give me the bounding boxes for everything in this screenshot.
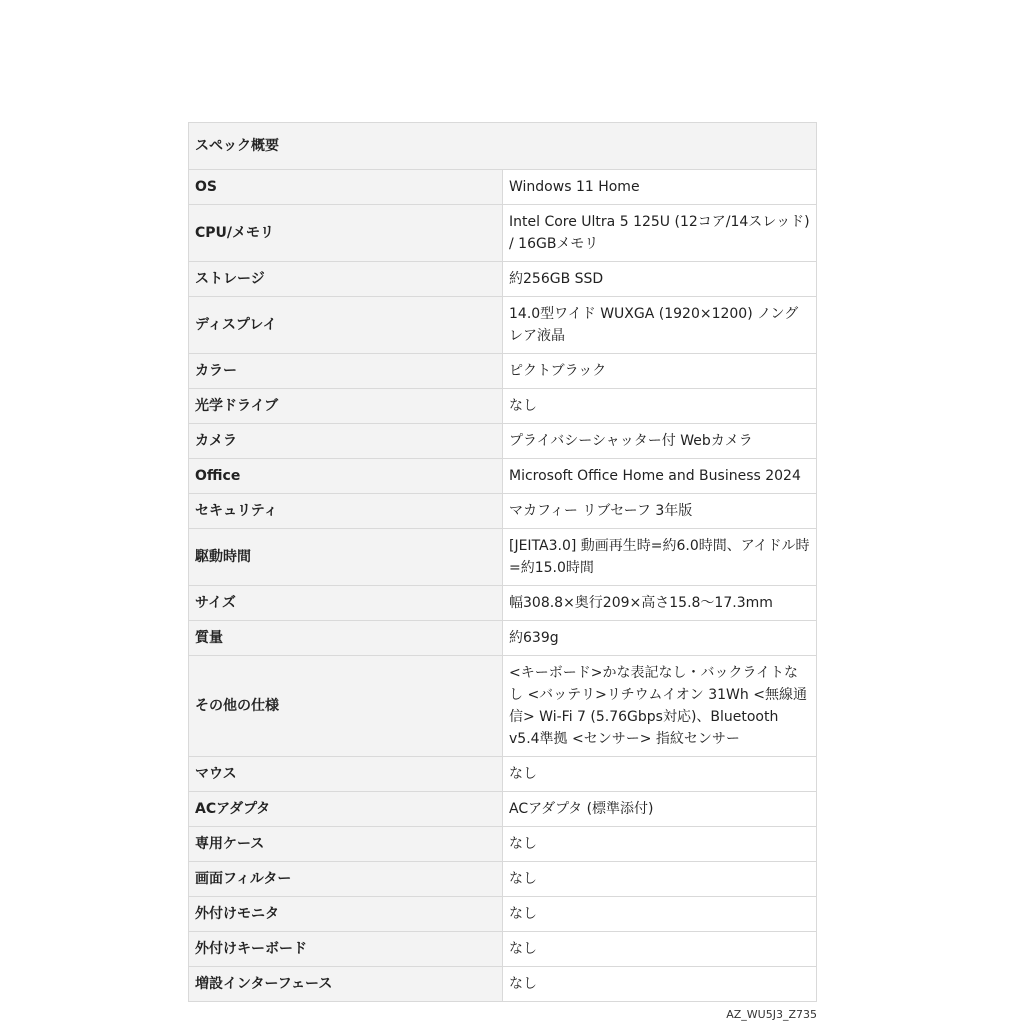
spec-value: なし: [503, 967, 817, 1002]
spec-label: 外付けキーボード: [189, 932, 503, 967]
spec-label: OS: [189, 170, 503, 205]
spec-value: プライバシーシャッター付 Webカメラ: [503, 424, 817, 459]
spec-table-body: OSWindows 11 HomeCPU/メモリIntel Core Ultra…: [189, 170, 817, 1002]
spec-row: サイズ幅308.8×奥行209×高さ15.8〜17.3mm: [189, 586, 817, 621]
spec-label: サイズ: [189, 586, 503, 621]
spec-label: その他の仕様: [189, 656, 503, 757]
spec-table-title: スペック概要: [189, 123, 817, 170]
spec-label: 質量: [189, 621, 503, 656]
spec-value: なし: [503, 897, 817, 932]
spec-row: カラーピクトブラック: [189, 354, 817, 389]
spec-value: <キーボード>かな表記なし・バックライトなし <バッテリ>リチウムイオン 31W…: [503, 656, 817, 757]
spec-table: スペック概要 OSWindows 11 HomeCPU/メモリIntel Cor…: [188, 122, 817, 1002]
spec-row: 画面フィルターなし: [189, 862, 817, 897]
spec-row: 駆動時間[JEITA3.0] 動画再生時=約6.0時間、アイドル時=約15.0時…: [189, 529, 817, 586]
spec-value: 約256GB SSD: [503, 262, 817, 297]
spec-row: 増設インターフェースなし: [189, 967, 817, 1002]
spec-table-header-row: スペック概要: [189, 123, 817, 170]
spec-value: マカフィー リブセーフ 3年版: [503, 494, 817, 529]
spec-value: なし: [503, 757, 817, 792]
spec-label: カラー: [189, 354, 503, 389]
spec-row: OfficeMicrosoft Office Home and Business…: [189, 459, 817, 494]
spec-label: 専用ケース: [189, 827, 503, 862]
spec-row: OSWindows 11 Home: [189, 170, 817, 205]
spec-label: 駆動時間: [189, 529, 503, 586]
spec-row: 光学ドライブなし: [189, 389, 817, 424]
spec-value: Intel Core Ultra 5 125U (12コア/14スレッド) / …: [503, 205, 817, 262]
spec-row: その他の仕様<キーボード>かな表記なし・バックライトなし <バッテリ>リチウムイ…: [189, 656, 817, 757]
spec-label: 画面フィルター: [189, 862, 503, 897]
spec-row: CPU/メモリIntel Core Ultra 5 125U (12コア/14ス…: [189, 205, 817, 262]
spec-label: 光学ドライブ: [189, 389, 503, 424]
spec-label: セキュリティ: [189, 494, 503, 529]
spec-value: なし: [503, 932, 817, 967]
spec-row: ACアダプタACアダプタ (標準添付): [189, 792, 817, 827]
spec-value: [JEITA3.0] 動画再生時=約6.0時間、アイドル時=約15.0時間: [503, 529, 817, 586]
model-code: AZ_WU5J3_Z735: [188, 1008, 817, 1021]
spec-value: Microsoft Office Home and Business 2024: [503, 459, 817, 494]
spec-value: なし: [503, 389, 817, 424]
spec-section: スペック概要 OSWindows 11 HomeCPU/メモリIntel Cor…: [188, 122, 817, 1021]
spec-row: ディスプレイ14.0型ワイド WUXGA (1920×1200) ノングレア液晶: [189, 297, 817, 354]
spec-row: 外付けモニタなし: [189, 897, 817, 932]
spec-label: ACアダプタ: [189, 792, 503, 827]
spec-label: Office: [189, 459, 503, 494]
spec-value: 幅308.8×奥行209×高さ15.8〜17.3mm: [503, 586, 817, 621]
spec-row: 質量約639g: [189, 621, 817, 656]
spec-row: 専用ケースなし: [189, 827, 817, 862]
spec-row: マウスなし: [189, 757, 817, 792]
spec-row: セキュリティマカフィー リブセーフ 3年版: [189, 494, 817, 529]
spec-value: ACアダプタ (標準添付): [503, 792, 817, 827]
spec-value: Windows 11 Home: [503, 170, 817, 205]
spec-row: ストレージ約256GB SSD: [189, 262, 817, 297]
spec-value: なし: [503, 862, 817, 897]
spec-label: マウス: [189, 757, 503, 792]
spec-row: 外付けキーボードなし: [189, 932, 817, 967]
spec-label: カメラ: [189, 424, 503, 459]
spec-value: なし: [503, 827, 817, 862]
spec-label: ディスプレイ: [189, 297, 503, 354]
spec-label: 増設インターフェース: [189, 967, 503, 1002]
spec-row: カメラプライバシーシャッター付 Webカメラ: [189, 424, 817, 459]
spec-label: CPU/メモリ: [189, 205, 503, 262]
spec-value: 約639g: [503, 621, 817, 656]
spec-value: 14.0型ワイド WUXGA (1920×1200) ノングレア液晶: [503, 297, 817, 354]
spec-label: 外付けモニタ: [189, 897, 503, 932]
spec-label: ストレージ: [189, 262, 503, 297]
spec-value: ピクトブラック: [503, 354, 817, 389]
